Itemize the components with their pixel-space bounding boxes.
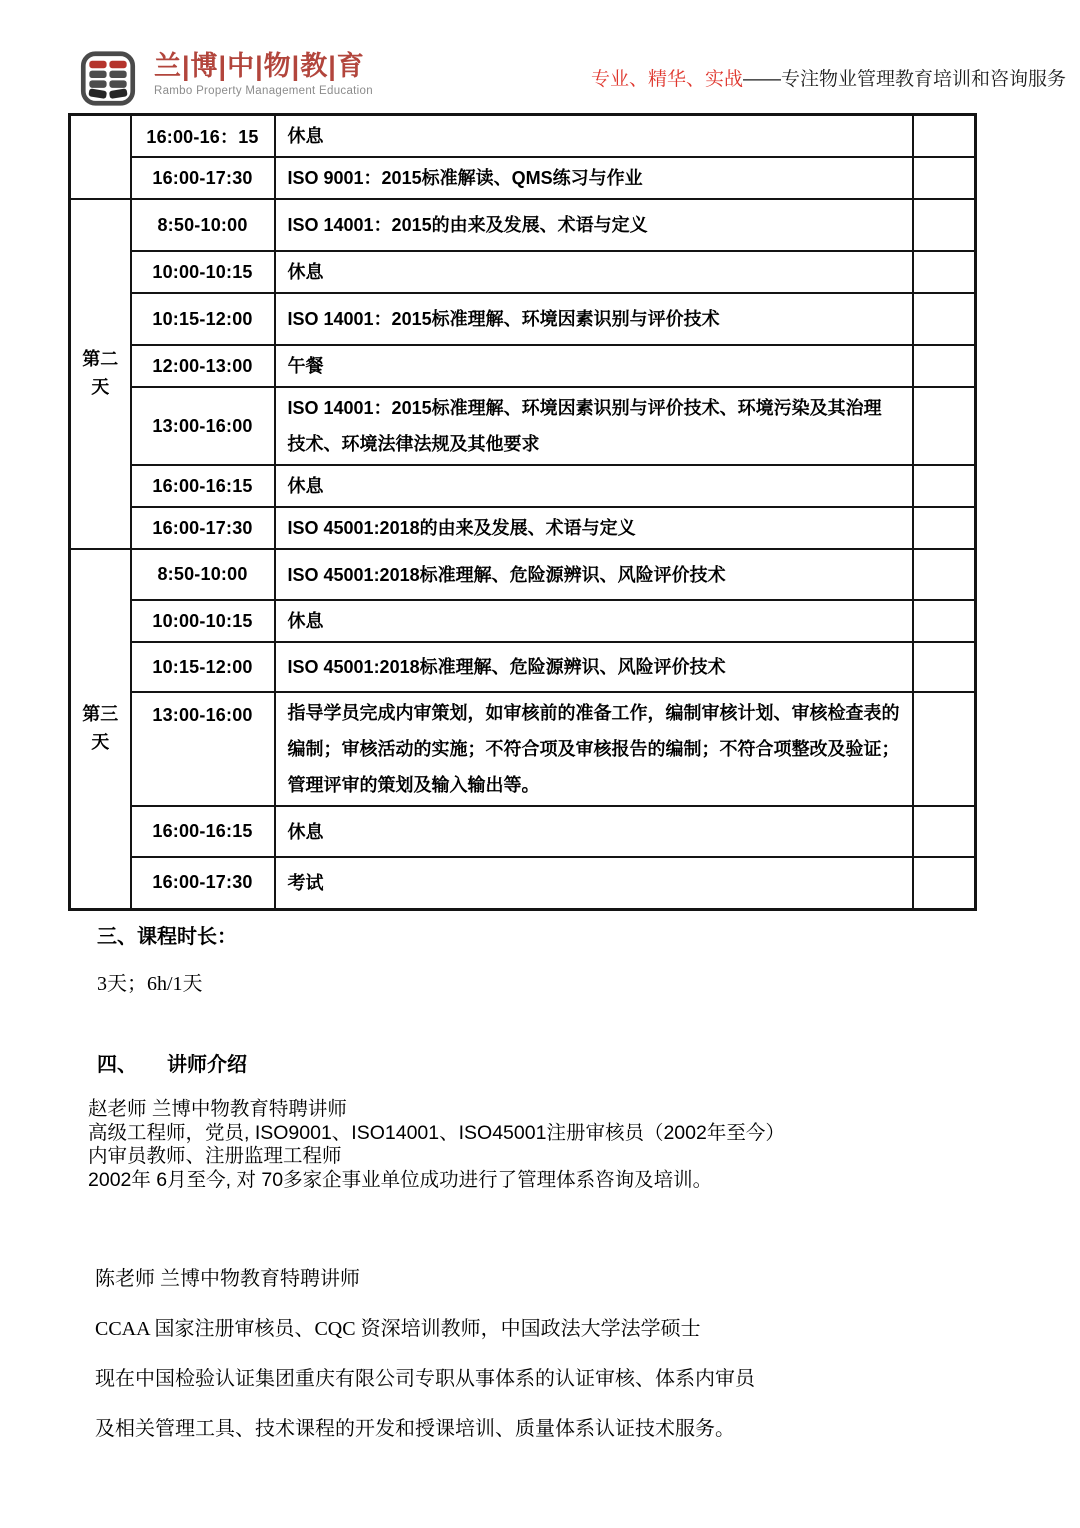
note-cell: [913, 806, 976, 857]
note-cell: [913, 507, 976, 549]
lecturer-zhao-line: 2002年 6月至今, 对 70多家企事业单位成功进行了管理体系咨询及培训。: [88, 1169, 988, 1193]
day-cell-day2: 第二 天: [70, 199, 131, 549]
note-cell: [913, 600, 976, 642]
table-row: 16:00-16:15 休息: [70, 465, 976, 507]
time-cell: 10:15-12:00: [131, 642, 275, 692]
time-cell: 10:00-10:15: [131, 251, 275, 293]
content-cell: 休息: [275, 251, 913, 293]
table-row: 13:00-16:00 ISO 14001：2015标准理解、环境因素识别与评价…: [70, 387, 976, 465]
header-tagline: 专业、精华、实战——专注物业管理教育培训和咨询服务: [591, 64, 1066, 91]
note-cell: [913, 692, 976, 806]
time-cell: 8:50-10:00: [131, 549, 275, 600]
content-cell: 休息: [275, 806, 913, 857]
document-page: 兰|博|中|物|教|育 Rambo Property Management Ed…: [0, 0, 1080, 1528]
logo-text-block: 兰|博|中|物|教|育 Rambo Property Management Ed…: [154, 50, 373, 97]
time-cell: 16:00-17:30: [131, 507, 275, 549]
time-cell: 16:00-17:30: [131, 157, 275, 199]
content-cell: ISO 14001：2015标准理解、环境因素识别与评价技术、环境污染及其治理技…: [275, 387, 913, 465]
time-cell: 8:50-10:00: [131, 199, 275, 251]
section-lecturers: 四、讲师介绍: [97, 1048, 247, 1077]
section-title-duration: 三、课程时长：: [97, 920, 237, 949]
note-cell: [913, 199, 976, 251]
note-cell: [913, 157, 976, 199]
lecturer-chen-line: 现在中国检验认证集团重庆有限公司专职从事体系的认证审核、体系内审员: [95, 1368, 995, 1391]
table-row: 10:00-10:15 休息: [70, 251, 976, 293]
table-row: 10:15-12:00 ISO 14001：2015标准理解、环境因素识别与评价…: [70, 293, 976, 345]
note-cell: [913, 345, 976, 387]
time-cell: 16:00-17:30: [131, 857, 275, 909]
lecturer-zhao-line: 内审员教师、注册监理工程师: [88, 1145, 988, 1169]
open-book-logo-icon: [80, 50, 136, 107]
content-cell: ISO 45001:2018的由来及发展、术语与定义: [275, 507, 913, 549]
course-schedule-table: 16:00-16：15 休息 16:00-17:30 ISO 9001：2015…: [68, 113, 977, 911]
page-header: 兰|博|中|物|教|育 Rambo Property Management Ed…: [0, 0, 1080, 113]
table-row: 10:00-10:15 休息: [70, 600, 976, 642]
lecturer-zhao-line: 赵老师 兰博中物教育特聘讲师: [88, 1098, 988, 1122]
lecturer-chen-line: CCAA 国家注册审核员、CQC 资深培训教师，中国政法大学法学硕士: [95, 1318, 995, 1341]
time-cell: 16:00-16:15: [131, 465, 275, 507]
lecturer-chen-line: 及相关管理工具、技术课程的开发和授课培训、质量体系认证技术服务。: [95, 1418, 995, 1441]
lecturer-zhao-bio: 赵老师 兰博中物教育特聘讲师 高级工程师，党员, ISO9001、ISO1400…: [88, 1098, 988, 1192]
note-cell: [913, 549, 976, 600]
table-row: 16:00-17:30 考试: [70, 857, 976, 909]
table-row: 13:00-16:00 指导学员完成内审策划，如审核前的准备工作，编制审核计划、…: [70, 692, 976, 806]
logo-name-en: Rambo Property Management Education: [154, 85, 373, 97]
note-cell: [913, 293, 976, 345]
table-row: 10:15-12:00 ISO 45001:2018标准理解、危险源辨识、风险评…: [70, 642, 976, 692]
note-cell: [913, 251, 976, 293]
table-row: 16:00-17:30 ISO 45001:2018的由来及发展、术语与定义: [70, 507, 976, 549]
tagline-highlight: 专业、精华、实战: [591, 69, 743, 90]
day-cell-day3: 第三 天: [70, 549, 131, 909]
content-cell: 考试: [275, 857, 913, 909]
content-cell: ISO 14001：2015标准理解、环境因素识别与评价技术: [275, 293, 913, 345]
content-cell: ISO 45001:2018标准理解、危险源辨识、风险评价技术: [275, 642, 913, 692]
section-number: 四、: [97, 1054, 137, 1076]
day-cell-continued: [70, 115, 131, 200]
lecturer-zhao-line: 高级工程师，党员, ISO9001、ISO14001、ISO45001注册审核员…: [88, 1122, 988, 1146]
content-cell: 午餐: [275, 345, 913, 387]
table-row: 16:00-17:30 ISO 9001：2015标准解读、QMS练习与作业: [70, 157, 976, 199]
lecturer-chen-line: 陈老师 兰博中物教育特聘讲师: [95, 1268, 995, 1291]
time-cell: 12:00-13:00: [131, 345, 275, 387]
content-cell: ISO 9001：2015标准解读、QMS练习与作业: [275, 157, 913, 199]
time-cell: 13:00-16:00: [131, 692, 275, 806]
content-cell: ISO 14001：2015的由来及发展、术语与定义: [275, 199, 913, 251]
section-title-lecturers: 四、讲师介绍: [97, 1048, 247, 1077]
note-cell: [913, 115, 976, 158]
lecturer-chen-bio: 陈老师 兰博中物教育特聘讲师 CCAA 国家注册审核员、CQC 资深培训教师，中…: [95, 1268, 995, 1468]
content-cell: 指导学员完成内审策划，如审核前的准备工作，编制审核计划、审核检查表的编制；审核活…: [275, 692, 913, 806]
section-title-text: 讲师介绍: [167, 1054, 247, 1076]
table-row: 第二 天 8:50-10:00 ISO 14001：2015的由来及发展、术语与…: [70, 199, 976, 251]
note-cell: [913, 387, 976, 465]
time-cell: 16:00-16:15: [131, 806, 275, 857]
note-cell: [913, 857, 976, 909]
table-row: 12:00-13:00 午餐: [70, 345, 976, 387]
tagline-rest: ——专注物业管理教育培训和咨询服务: [743, 69, 1066, 90]
time-cell: 10:15-12:00: [131, 293, 275, 345]
logo: 兰|博|中|物|教|育 Rambo Property Management Ed…: [80, 50, 373, 107]
content-cell: 休息: [275, 465, 913, 507]
table-row: 第三 天 8:50-10:00 ISO 45001:2018标准理解、危险源辨识…: [70, 549, 976, 600]
table-row: 16:00-16:15 休息: [70, 806, 976, 857]
table-row: 16:00-16：15 休息: [70, 115, 976, 158]
note-cell: [913, 642, 976, 692]
course-duration-value: 3天；6h/1天: [97, 967, 237, 996]
time-cell: 10:00-10:15: [131, 600, 275, 642]
time-cell: 13:00-16:00: [131, 387, 275, 465]
section-course-duration: 三、课程时长： 3天；6h/1天: [97, 920, 237, 996]
content-cell: 休息: [275, 600, 913, 642]
note-cell: [913, 465, 976, 507]
content-cell: ISO 45001:2018标准理解、危险源辨识、风险评价技术: [275, 549, 913, 600]
logo-name-cn: 兰|博|中|物|教|育: [154, 52, 373, 82]
content-cell: 休息: [275, 115, 913, 158]
time-cell: 16:00-16：15: [131, 115, 275, 158]
